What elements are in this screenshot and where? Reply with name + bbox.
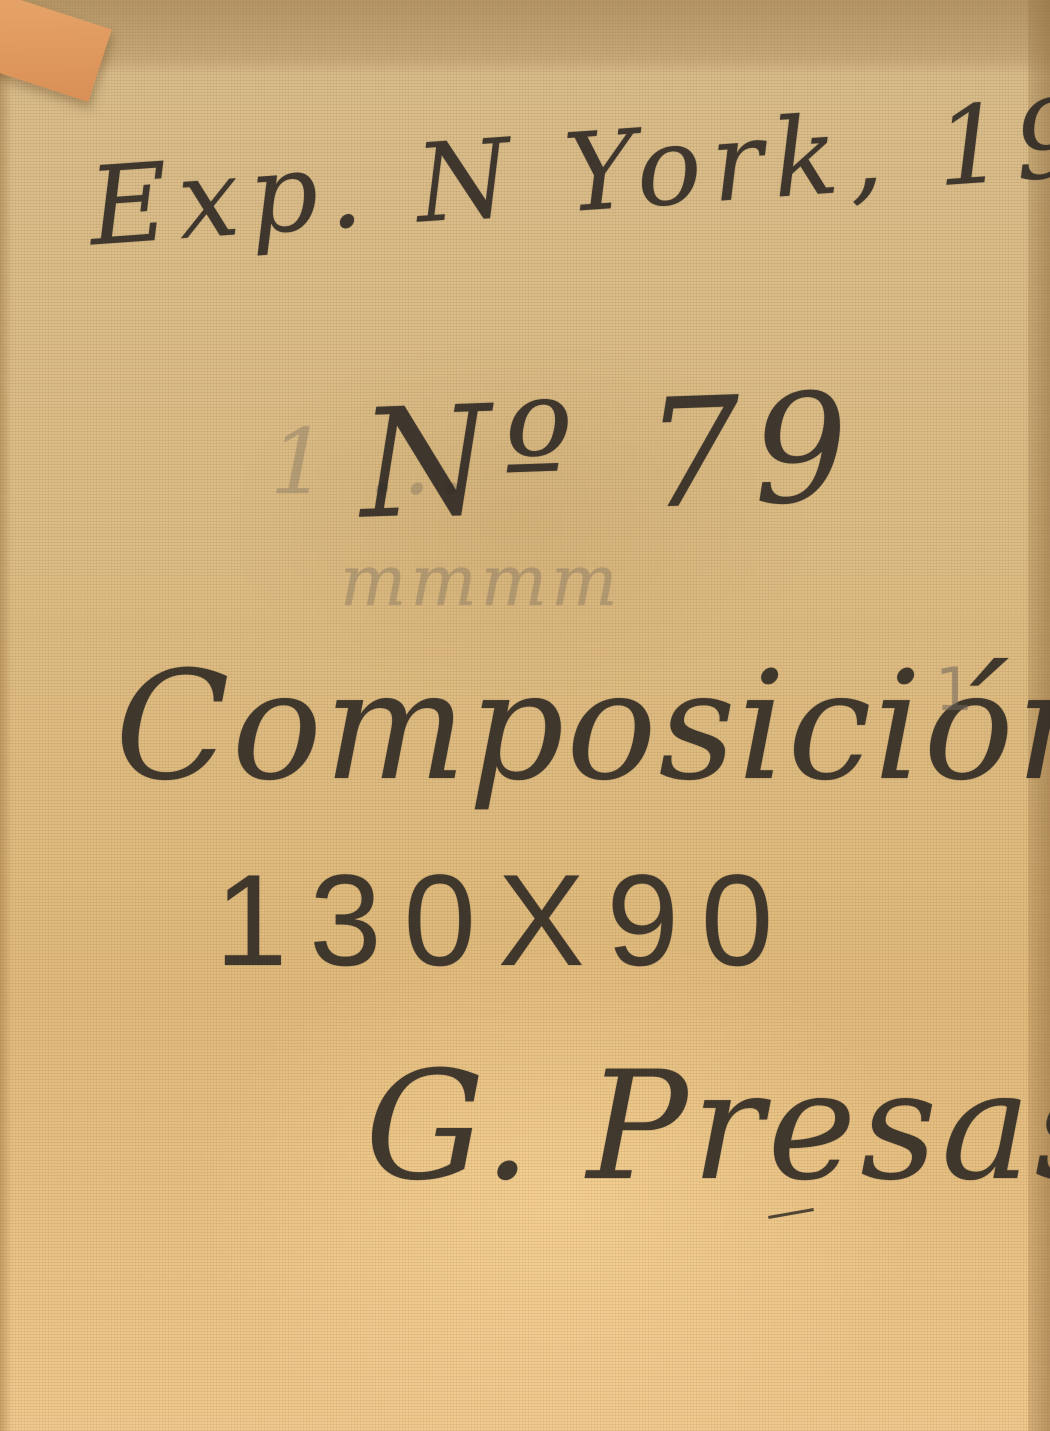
dimensions-inscription: 130X90: [215, 845, 795, 995]
catalog-number-inscription: Nº 79: [357, 361, 863, 552]
artist-signature: G. Presas: [365, 1040, 1050, 1214]
stretcher-bar-top-shadow: [0, 0, 1050, 75]
canvas-back-photo: Exp. N York, 1967 1 ... Nº 79 mmmm Compo…: [0, 0, 1050, 1431]
stretcher-bar-left-shadow: [0, 0, 12, 1431]
faint-erased-scribble: mmmm: [340, 540, 622, 622]
exhibition-inscription: Exp. N York, 1967: [85, 65, 1050, 271]
title-inscription: Composición: [115, 640, 1050, 814]
pencil-mark: 1: [935, 655, 973, 725]
